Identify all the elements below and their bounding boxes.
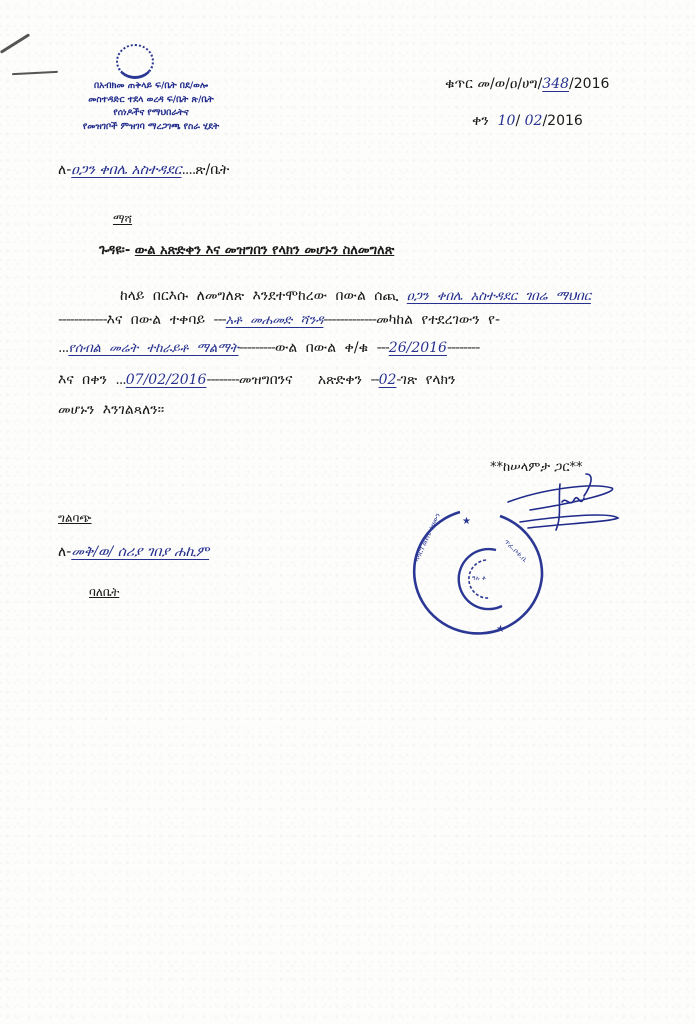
handwritten-fill: አቶ መሐመድ ሻንዳ	[226, 313, 324, 328]
subject-text: ውል አጽድቀን እና መዝግበን የላክን መሆኑን ስለመግለጽ	[135, 243, 395, 258]
copy-recipient: መቅ/ወ/ ሰሪያ ገበያ ሐኪም	[71, 544, 209, 560]
dotted-fill: ...	[115, 372, 125, 388]
dotted-fill: ...	[58, 340, 68, 356]
subject-line: ጉዳዩ፡- ውል አጽድቀን እና መዝግበን የላክን መሆኑን ስለመግለጽ	[99, 243, 394, 258]
emblem-seal-icon	[116, 44, 154, 79]
body-line-1: ከላይ በርእሱ ለመግለጽ እንደተሞከረው በውል ሰጪ ዐጋን ቀበሌ አ…	[120, 288, 591, 304]
dotted-fill: ....	[181, 162, 195, 178]
date-month: 02	[525, 113, 543, 129]
owner-label: ባለቤት	[89, 585, 119, 600]
dotted-fill: ------------	[58, 312, 107, 328]
handwritten-fill: 02	[379, 372, 397, 388]
svg-text:★: ★	[462, 516, 471, 527]
body-text: እና በቀን	[58, 372, 107, 388]
body-text: በውል ቀ/ቁ	[306, 340, 368, 356]
dotted-fill: --------	[447, 340, 479, 356]
svg-text:ጥፊ.ቦቱ.ቤ: ጥፊ.ቦቱ.ቤ	[503, 538, 530, 565]
dotted-fill: -------------	[323, 312, 376, 328]
dotted-fill: ---------	[239, 340, 275, 356]
letterhead-line: የሰነዶችና የማህበራትና	[56, 107, 246, 121]
scanned-document-page: በአብክመ ጠቅላይ ፍ/ቤት በደ/ወሎ መስተዳድር ተደላ ወረዳ ፍ/ቤ…	[0, 0, 695, 1024]
letterhead: በአብክመ ጠቅላይ ፍ/ቤት በደ/ወሎ መስተዳድር ተደላ ወረዳ ፍ/ቤ…	[56, 80, 246, 134]
reference-prefix: መ/ወ/ዐ/ሀግ/	[477, 76, 542, 92]
location-line: ማሻ	[113, 212, 132, 227]
body-text: መሆኑን እንገልጻለን፡፡	[58, 402, 164, 418]
dotted-fill: --------	[206, 372, 238, 388]
dotted-fill: ---	[377, 340, 389, 356]
body-line-4: እና በቀን ...07/02/2016--------መዝግበንና አጽድቀን…	[58, 372, 455, 388]
body-line-2: ------------እና በውል ተቀባይ ---አቶ መሐመድ ሻንዳ--…	[58, 312, 500, 328]
subject-label: ጉዳዩ፡-	[99, 243, 130, 258]
letterhead-line: የመዝገቦች ምዝገባ ማረጋገጫ የስራ ሂደት	[56, 121, 246, 135]
copy-heading: ግልባጭ	[58, 511, 92, 526]
scan-mark	[0, 33, 30, 54]
svg-text:★: ★	[496, 624, 505, 635]
handwritten-fill: 07/02/2016	[126, 372, 207, 388]
document-date: ቀን 10/ 02/2016	[472, 113, 583, 129]
dotted-fill: ---	[214, 312, 226, 328]
addressee-prefix: ለ-	[58, 162, 71, 178]
body-line-5: መሆኑን እንገልጻለን፡፡	[58, 402, 164, 418]
body-text: አጽድቀን	[318, 372, 362, 388]
official-round-stamp-icon: ★ ★ ኣላርገ ዕቡሌ ተዛውን ጥፊ.ቦቱ.ቤ ዓሉ ቶ	[400, 506, 546, 642]
handwritten-fill: 26/2016	[389, 340, 447, 356]
body-text: መዝግበንና	[239, 372, 293, 388]
body-text: መካከል የተደረገውን የ-	[376, 312, 500, 328]
handwritten-fill: ዐጋን ቀበሌ አስተዳደር ገበሬ ማህበር	[407, 289, 591, 304]
letterhead-line: በአብክመ ጠቅላይ ፍ/ቤት በደ/ወሎ	[56, 80, 246, 94]
copy-prefix: ለ-	[58, 544, 71, 560]
reference-suffix: /2016	[569, 76, 609, 92]
addressee-name: ዐጋን ቀበሌ አስተዳደር	[71, 162, 181, 178]
dotted-fill: --	[370, 372, 378, 388]
reference-number-handwritten: 348	[542, 76, 569, 92]
date-day: 10	[498, 113, 516, 129]
body-line-3: ...የሰብል መሬት ተከራይቶ ማልማት---------ውል በውል ቀ/…	[58, 340, 479, 356]
reference-label: ቁጥር	[445, 76, 473, 92]
svg-text:ኣላርገ ዕቡሌ ተዛውን: ኣላርገ ዕቡሌ ተዛውን	[413, 511, 443, 562]
date-label: ቀን	[472, 113, 489, 129]
body-text: ገጽ የላክን	[400, 372, 455, 388]
addressee-line: ለ-ዐጋን ቀበሌ አስተዳደር....ጽ/ቤት	[58, 162, 229, 178]
copy-recipient-line: ለ-መቅ/ወ/ ሰሪያ ገበያ ሐኪም	[58, 544, 209, 560]
date-year: /2016	[542, 113, 582, 129]
body-text: እና በውል ተቀባይ	[107, 312, 205, 328]
body-text: ውል	[275, 340, 297, 356]
svg-text:ዓሉ ቶ: ዓሉ ቶ	[472, 575, 486, 582]
letterhead-line: መስተዳድር ተደላ ወረዳ ፍ/ቤት ጽ/ቤት	[56, 94, 246, 108]
date-sep: /	[515, 113, 520, 129]
handwritten-fill: የሰብል መሬት ተከራይቶ ማልማት	[68, 341, 238, 356]
body-text: ከላይ በርእሱ ለመግለጽ እንደተሞከረው በውል ሰጪ	[120, 288, 398, 304]
scan-mark	[12, 71, 58, 75]
addressee-suffix: ጽ/ቤት	[195, 162, 229, 178]
reference-number: ቁጥር መ/ወ/ዐ/ሀግ/348/2016	[445, 76, 609, 92]
